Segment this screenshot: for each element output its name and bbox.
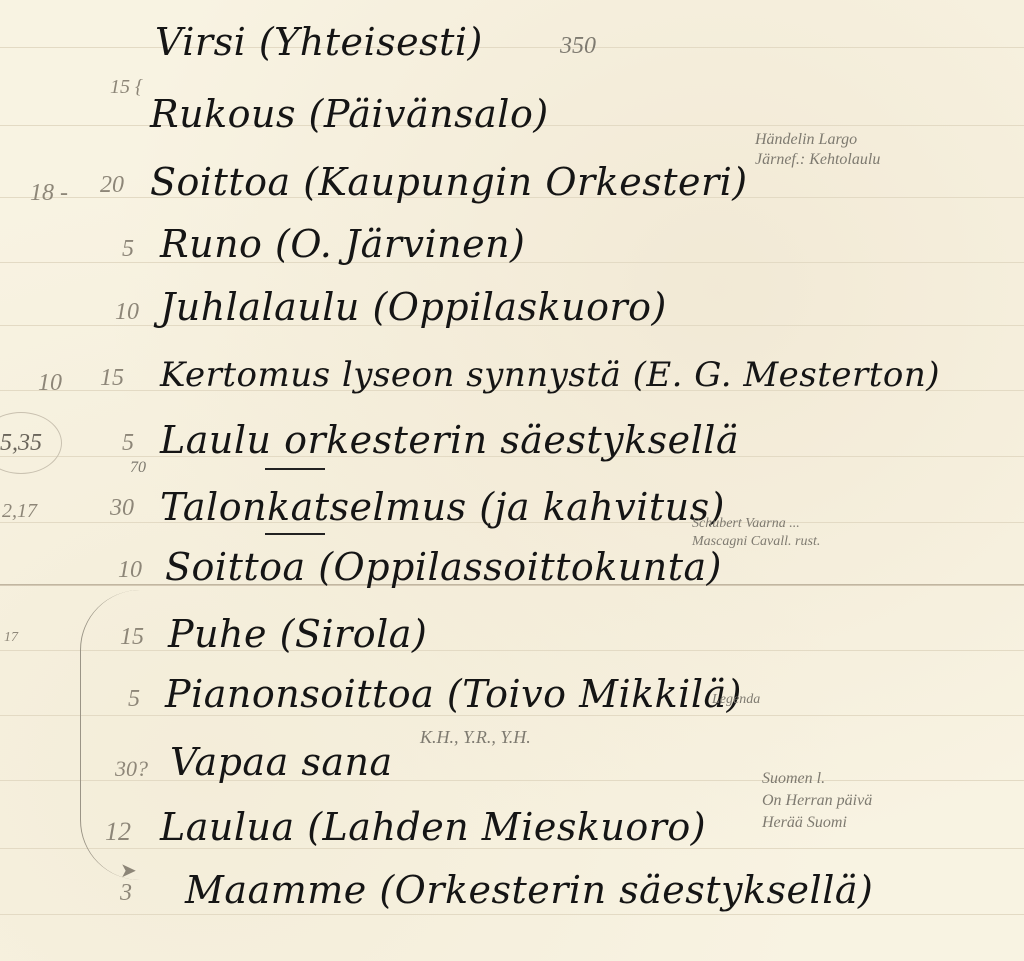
program-item: 5 Runo (O. Järvinen) <box>0 222 1024 282</box>
pencil-note: 70 <box>130 458 146 478</box>
item-title: Rukous (Päivänsalo) <box>150 92 549 136</box>
program-item: 10 Juhlalaulu (Oppilaskuoro) <box>0 285 1024 345</box>
item-minutes: 15 { <box>110 76 143 99</box>
pencil-note: Händelin Largo Järnef.: Kehtolaulu <box>755 130 880 170</box>
item-title: Talonkatselmus (ja kahvitus) <box>160 485 725 529</box>
program-item: 12 Laulua (Lahden Mieskuoro) <box>0 805 1024 865</box>
program-item: 5 Pianonsoittoa (Toivo Mikkilä) Legenda <box>0 672 1024 732</box>
program-item: 15 Kertomus lyseon synnystä (E. G. Meste… <box>0 355 1024 415</box>
paper-sheet: 350 18 - 10 5,35 2,17 17 Virsi (Yhteises… <box>0 0 1024 961</box>
item-title: Pianonsoittoa (Toivo Mikkilä) <box>165 672 742 716</box>
item-title: Laulu orkesterin säestyksellä <box>160 418 739 462</box>
item-minutes: 15 <box>100 365 124 392</box>
item-minutes: 5 <box>122 236 134 263</box>
underline-mark <box>265 533 325 535</box>
item-minutes: 3 <box>120 880 132 907</box>
item-minutes: 15 <box>120 624 144 651</box>
program-item: 20 Soittoa (Kaupungin Orkesteri) Händeli… <box>0 160 1024 220</box>
item-title: Puhe (Sirola) <box>168 612 427 656</box>
item-title: Soittoa (Oppilassoittokunta) <box>165 545 722 589</box>
item-minutes: 30? <box>115 756 148 782</box>
item-title: Kertomus lyseon synnystä (E. G. Mesterto… <box>160 355 940 395</box>
item-title: Vapaa sana <box>170 740 393 784</box>
program-item: 30 Talonkatselmus (ja kahvitus) <box>0 485 1024 545</box>
pencil-note: Legenda <box>712 690 760 710</box>
item-minutes: 5 <box>122 430 134 457</box>
item-minutes: 10 <box>115 299 139 326</box>
item-minutes: 20 <box>100 172 124 199</box>
item-minutes: 10 <box>118 557 142 584</box>
item-title: Soittoa (Kaupungin Orkesteri) <box>150 160 748 204</box>
underline-mark <box>265 468 325 470</box>
item-minutes: 30 <box>110 495 134 522</box>
item-title: Juhlalaulu (Oppilaskuoro) <box>160 285 667 329</box>
item-minutes: 5 <box>128 686 140 713</box>
program-item: 3 Maamme (Orkesterin säestyksellä) <box>0 868 1024 928</box>
program-item: 15 Puhe (Sirola) <box>0 612 1024 672</box>
item-title: Runo (O. Järvinen) <box>160 222 525 266</box>
program-item: Virsi (Yhteisesti) <box>0 20 1024 80</box>
program-item: 10 Soittoa (Oppilassoittokunta) <box>0 545 1024 605</box>
program-item: 5 Laulu orkesterin säestyksellä <box>0 418 1024 478</box>
item-title: Maamme (Orkesterin säestyksellä) <box>185 868 873 912</box>
item-minutes: 12 <box>105 817 131 847</box>
item-title: Virsi (Yhteisesti) <box>155 20 483 64</box>
item-title: Laulua (Lahden Mieskuoro) <box>160 805 706 849</box>
